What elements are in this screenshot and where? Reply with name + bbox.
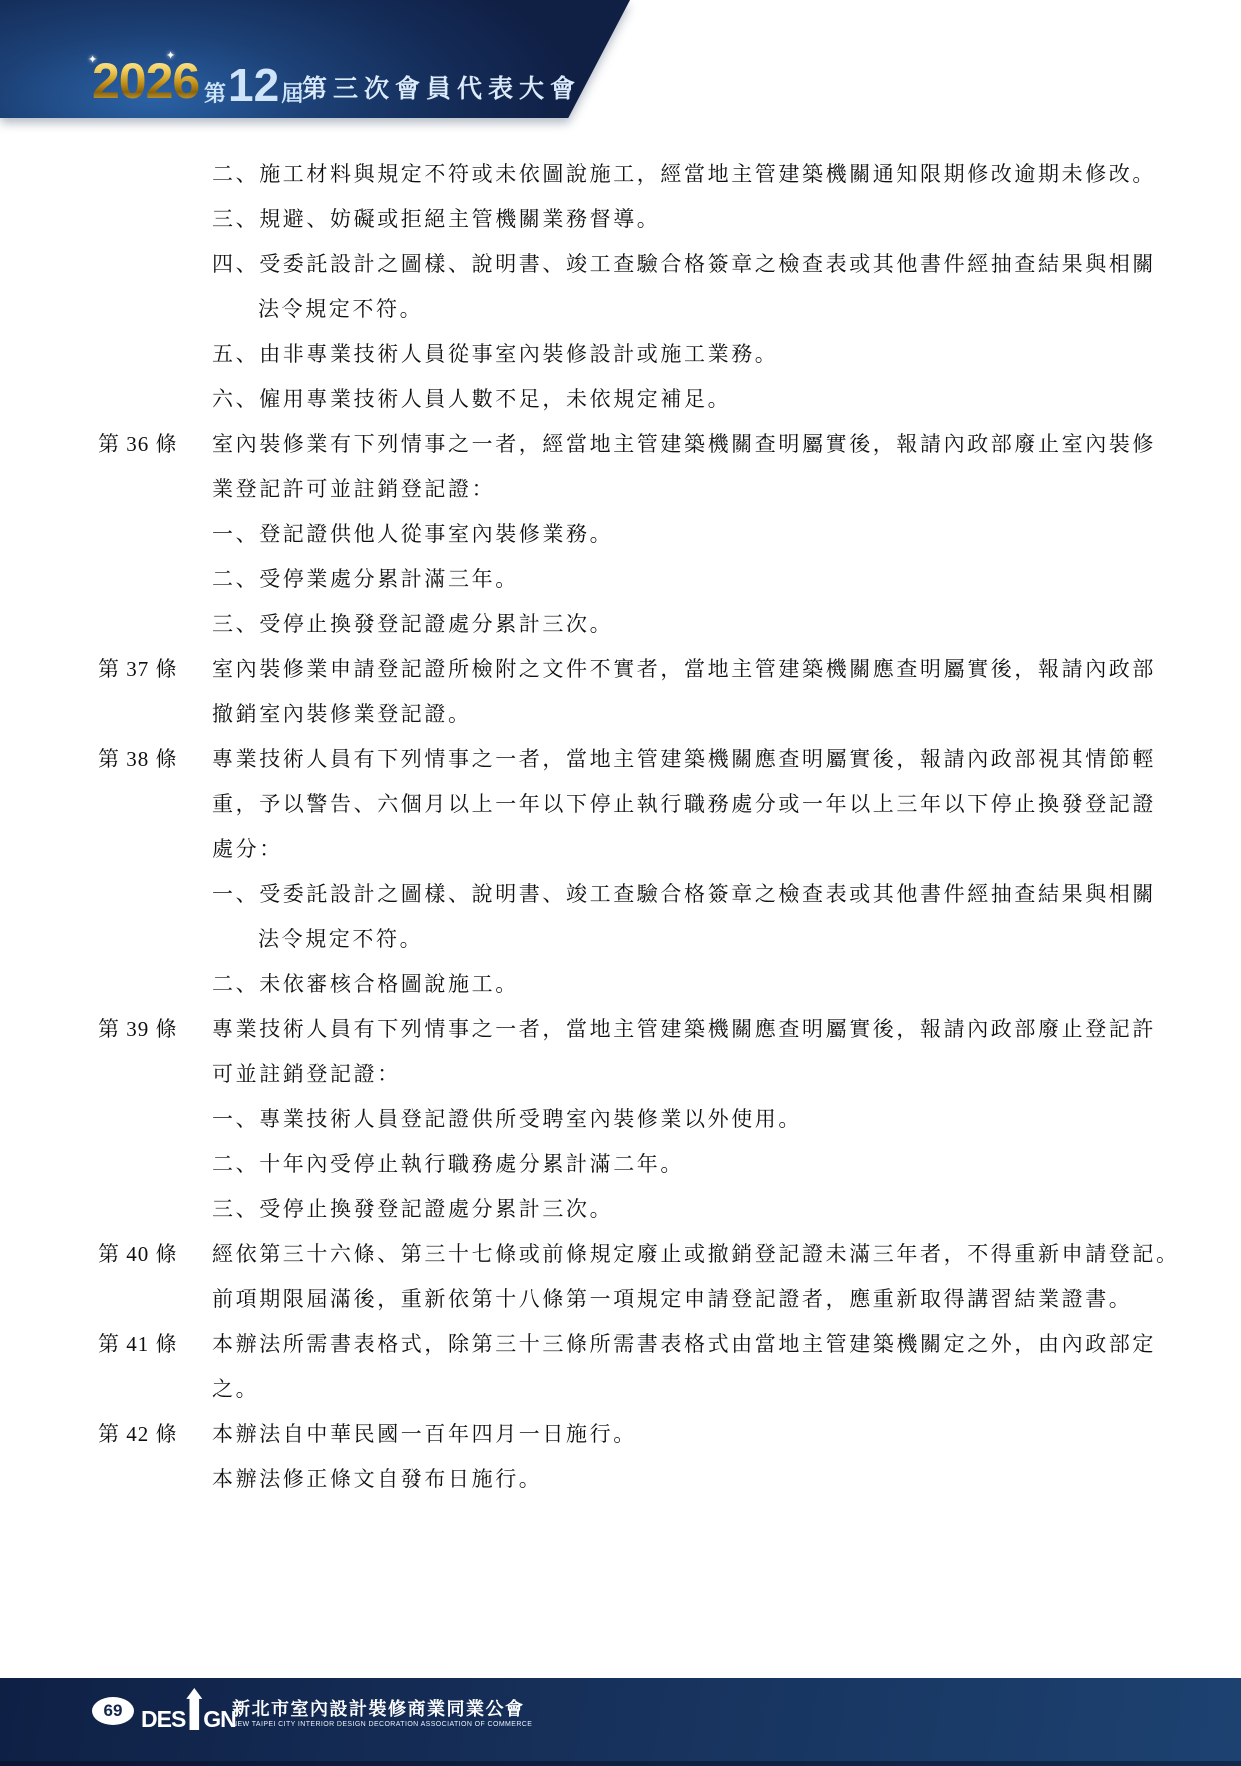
meeting-title: 第三次會員代表大會 [302,76,581,103]
line-text: 本辦法所需書表格式，除第三十三條所需書表格式由當地主管建築機關定之外，由內政部定 [212,1328,1156,1358]
line-text: 可並註銷登記證： [212,1058,401,1088]
document-line: 法令規定不符。 [0,915,1241,960]
article-number: 第 36 條 [98,420,178,465]
line-text: 法令規定不符。 [258,923,423,953]
session-number: 12 [228,64,279,106]
line-text: 重，予以警告、六個月以上一年以下停止執行職務處分或一年以上三年以下停止換發登記證 [212,788,1156,818]
document-line: 前項期限屆滿後，重新依第十八條第一項規定申請登記證者，應重新取得講習結業證書。 [0,1275,1241,1320]
document-line: 重，予以警告、六個月以上一年以下停止執行職務處分或一年以上三年以下停止換發登記證 [0,780,1241,825]
article-number: 第 39 條 [98,1005,178,1050]
year-text: 2026 [92,56,199,106]
line-text: 一、受委託設計之圖樣、說明書、竣工查驗合格簽章之檢查表或其他書件經抽查結果與相關 [212,878,1156,908]
document-line: 本辦法修正條文自發布日施行。 [0,1455,1241,1500]
line-text: 專業技術人員有下列情事之一者，當地主管建築機關應查明屬實後，報請內政部視其情節輕 [212,743,1156,773]
sparkle-icon: ✦ [88,54,97,65]
document-line: 業登記許可並註銷登記證： [0,465,1241,510]
line-text: 三、受停止換發登記證處分累計三次。 [212,1193,613,1223]
line-text: 三、規避、妨礙或拒絕主管機關業務督導。 [212,203,660,233]
document-line: 法令規定不符。 [0,285,1241,330]
line-text: 法令規定不符。 [258,293,423,323]
sparkle-icon: ✦ [166,50,175,61]
article-number: 第 41 條 [98,1320,178,1365]
line-text: 三、受停止換發登記證處分累計三次。 [212,608,613,638]
line-text: 五、由非專業技術人員從事室內裝修設計或施工業務。 [212,338,778,368]
document-line: 處分： [0,825,1241,870]
document-line: 第 40 條 經依第三十六條、第三十七條或前條規定廢止或撤銷登記證未滿三年者，不… [0,1230,1241,1275]
session-label: 第 12 屆 [204,64,303,106]
document-line: 撤銷室內裝修業登記證。 [0,690,1241,735]
session-suffix: 屆 [281,82,303,106]
document-line: 第 41 條 本辦法所需書表格式，除第三十三條所需書表格式由當地主管建築機關定之… [0,1320,1241,1365]
line-text: 二、受停業處分累計滿三年。 [212,563,519,593]
line-text: 六、僱用專業技術人員人數不足，未依規定補足。 [212,383,731,413]
line-text: 室內裝修業申請登記證所檢附之文件不實者，當地主管建築機關應查明屬實後，報請內政部 [212,653,1156,683]
line-text: 處分： [212,833,283,863]
document-page: 2026 ✦ ✦ 第 12 屆 第三次會員代表大會 二、施工材料與規定不符或未依… [0,0,1241,1766]
page-number-badge: 69 [92,1697,134,1725]
article-number: 第 37 條 [98,645,178,690]
line-text: 經依第三十六條、第三十七條或前條規定廢止或撤銷登記證未滿三年者，不得重新申請登記… [212,1238,1180,1268]
organization-name-zh: 新北市室內設計裝修商業同業公會 [232,1695,525,1721]
line-text: 二、施工材料與規定不符或未依圖說施工，經當地主管建築機關通知限期修改逾期未修改。 [212,158,1156,188]
document-line: 二、十年內受停止執行職務處分累計滿二年。 [0,1140,1241,1185]
document-line: 一、受委託設計之圖樣、說明書、竣工查驗合格簽章之檢查表或其他書件經抽查結果與相關 [0,870,1241,915]
document-line: 可並註銷登記證： [0,1050,1241,1095]
line-text: 四、受委託設計之圖樣、說明書、竣工查驗合格簽章之檢查表或其他書件經抽查結果與相關 [212,248,1156,278]
line-text: 一、專業技術人員登記證供所受聘室內裝修業以外使用。 [212,1103,802,1133]
design-logo: DES GN [141,1682,236,1730]
document-line: 第 36 條 室內裝修業有下列情事之一者，經當地主管建築機關查明屬實後，報請內政… [0,420,1241,465]
article-number: 第 40 條 [98,1230,178,1275]
document-line: 一、登記證供他人從事室內裝修業務。 [0,510,1241,555]
document-line: 第 38 條 專業技術人員有下列情事之一者，當地主管建築機關應查明屬實後，報請內… [0,735,1241,780]
document-line: 第 37 條 室內裝修業申請登記證所檢附之文件不實者，當地主管建築機關應查明屬實… [0,645,1241,690]
line-text: 撤銷室內裝修業登記證。 [212,698,472,728]
line-text: 室內裝修業有下列情事之一者，經當地主管建築機關查明屬實後，報請內政部廢止室內裝修 [212,428,1156,458]
line-text: 一、登記證供他人從事室內裝修業務。 [212,518,613,548]
document-body: 二、施工材料與規定不符或未依圖說施工，經當地主管建築機關通知限期修改逾期未修改。… [0,150,1241,1500]
line-text: 業登記許可並註銷登記證： [212,473,495,503]
line-text: 本辦法修正條文自發布日施行。 [212,1463,542,1493]
document-line: 一、專業技術人員登記證供所受聘室內裝修業以外使用。 [0,1095,1241,1140]
header-banner-background: 2026 ✦ ✦ 第 12 屆 第三次會員代表大會 [0,0,630,118]
document-line: 二、未依審核合格圖說施工。 [0,960,1241,1005]
line-text: 本辦法自中華民國一百年四月一日施行。 [212,1418,637,1448]
document-line: 之。 [0,1365,1241,1410]
document-line: 二、施工材料與規定不符或未依圖說施工，經當地主管建築機關通知限期修改逾期未修改。 [0,150,1241,195]
footer-band: 69 DES GN 新北市室內設計裝修商業同業公會 NEW TAIPEI CIT… [0,1678,1241,1766]
document-line: 第 39 條 專業技術人員有下列情事之一者，當地主管建築機關應查明屬實後，報請內… [0,1005,1241,1050]
article-number: 第 38 條 [98,735,178,780]
document-line: 三、規避、妨礙或拒絕主管機關業務督導。 [0,195,1241,240]
organization-name-en: NEW TAIPEI CITY INTERIOR DESIGN DECORATI… [232,1721,532,1728]
session-prefix: 第 [204,82,226,106]
house-icon [186,1688,202,1730]
logo-text-left: DES [141,1708,185,1730]
line-text: 之。 [212,1373,259,1403]
line-text: 專業技術人員有下列情事之一者，當地主管建築機關應查明屬實後，報請內政部廢止登記許 [212,1013,1156,1043]
document-line: 六、僱用專業技術人員人數不足，未依規定補足。 [0,375,1241,420]
line-text: 前項期限屆滿後，重新依第十八條第一項規定申請登記證者，應重新取得講習結業證書。 [212,1283,1132,1313]
document-line: 第 42 條 本辦法自中華民國一百年四月一日施行。 [0,1410,1241,1455]
document-line: 三、受停止換發登記證處分累計三次。 [0,600,1241,645]
logo-text-right: GN [203,1708,236,1730]
document-line: 三、受停止換發登記證處分累計三次。 [0,1185,1241,1230]
line-text: 二、十年內受停止執行職務處分累計滿二年。 [212,1148,684,1178]
document-line: 五、由非專業技術人員從事室內裝修設計或施工業務。 [0,330,1241,375]
document-line: 二、受停業處分累計滿三年。 [0,555,1241,600]
article-number: 第 42 條 [98,1410,178,1455]
line-text: 二、未依審核合格圖說施工。 [212,968,519,998]
document-line: 四、受委託設計之圖樣、說明書、竣工查驗合格簽章之檢查表或其他書件經抽查結果與相關 [0,240,1241,285]
